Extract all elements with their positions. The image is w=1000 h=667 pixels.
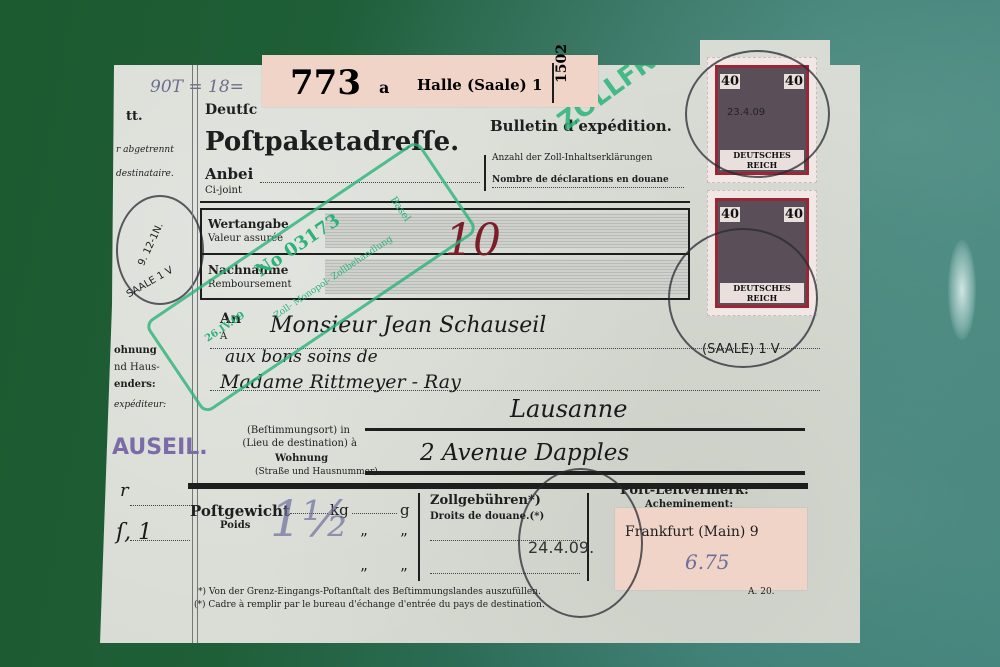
- handwriting: r: [120, 480, 129, 501]
- label-letter: a: [379, 78, 389, 97]
- glare-reflection: [948, 240, 976, 340]
- label-office: Halle (Saale) 1: [417, 76, 542, 94]
- routing-label: Frankfurt (Main) 9 6.75: [615, 508, 807, 590]
- handwriting: ſ, 1: [116, 520, 152, 545]
- postmark-halle-top: 23.4.09: [685, 50, 830, 178]
- postmark-frankfurt: 24.4.09.: [518, 468, 643, 618]
- customs-de: Zollgebühren*): [430, 493, 541, 508]
- label-number: 773: [290, 63, 361, 103]
- value-de: Wertangabe: [208, 217, 289, 231]
- weight-fr: Poids: [220, 520, 250, 531]
- residence-de: Wohnung: [275, 453, 328, 464]
- g-unit: g: [400, 501, 410, 519]
- strip-text: expéditeur:: [114, 400, 166, 410]
- form-code: A. 20.: [748, 587, 775, 597]
- header-label: 773 a Halle (Saale) 1 1502: [262, 55, 598, 107]
- destination-fr: (Lieu de destination) à: [225, 438, 357, 449]
- strip-text: r abgetrennt: [116, 145, 174, 155]
- strip-text: destinataire.: [116, 169, 174, 179]
- title-german-partial: Deutſc: [205, 102, 257, 118]
- routing-pencil: 6.75: [685, 550, 730, 574]
- footnote-de: *) Von der Grenz-Eingangs-Poſtanſtalt de…: [198, 587, 541, 597]
- address-line-4: Lausanne: [510, 395, 627, 423]
- postmark-halle-bottom: (SAALE) 1 V: [668, 228, 818, 368]
- strip-text: ohnung: [114, 345, 157, 356]
- label-serial: 1502: [554, 44, 570, 83]
- postmark-halle-left: 9. 12-1N. SAALE 1 V: [116, 195, 204, 305]
- routing-label-text: Frankfurt (Main) 9: [625, 524, 759, 540]
- strip-text: enders:: [114, 379, 156, 390]
- pencil-weight: 1½: [270, 490, 350, 548]
- strip-text: tt.: [126, 109, 143, 124]
- declarations-de: Anzahl der Zoll-Inhaltserklärungen: [492, 153, 692, 163]
- residence-sub: (Straße und Hausnummer): [255, 467, 378, 477]
- street-address: 2 Avenue Dapples: [420, 440, 629, 466]
- destination-de: (Beſtimmungsort) in: [230, 425, 350, 436]
- declarations-fr: Nombre de déclarations en douane: [492, 175, 669, 185]
- footnote-fr: (*) Cadre à remplir par le bureau d'écha…: [194, 600, 545, 610]
- ci-joint-label: Ci-joint: [205, 185, 242, 196]
- anbei-label: Anbei: [205, 165, 253, 183]
- strip-text: nd Haus-: [114, 362, 160, 373]
- routing-de: Poſt-Leitvermerk:: [620, 483, 749, 498]
